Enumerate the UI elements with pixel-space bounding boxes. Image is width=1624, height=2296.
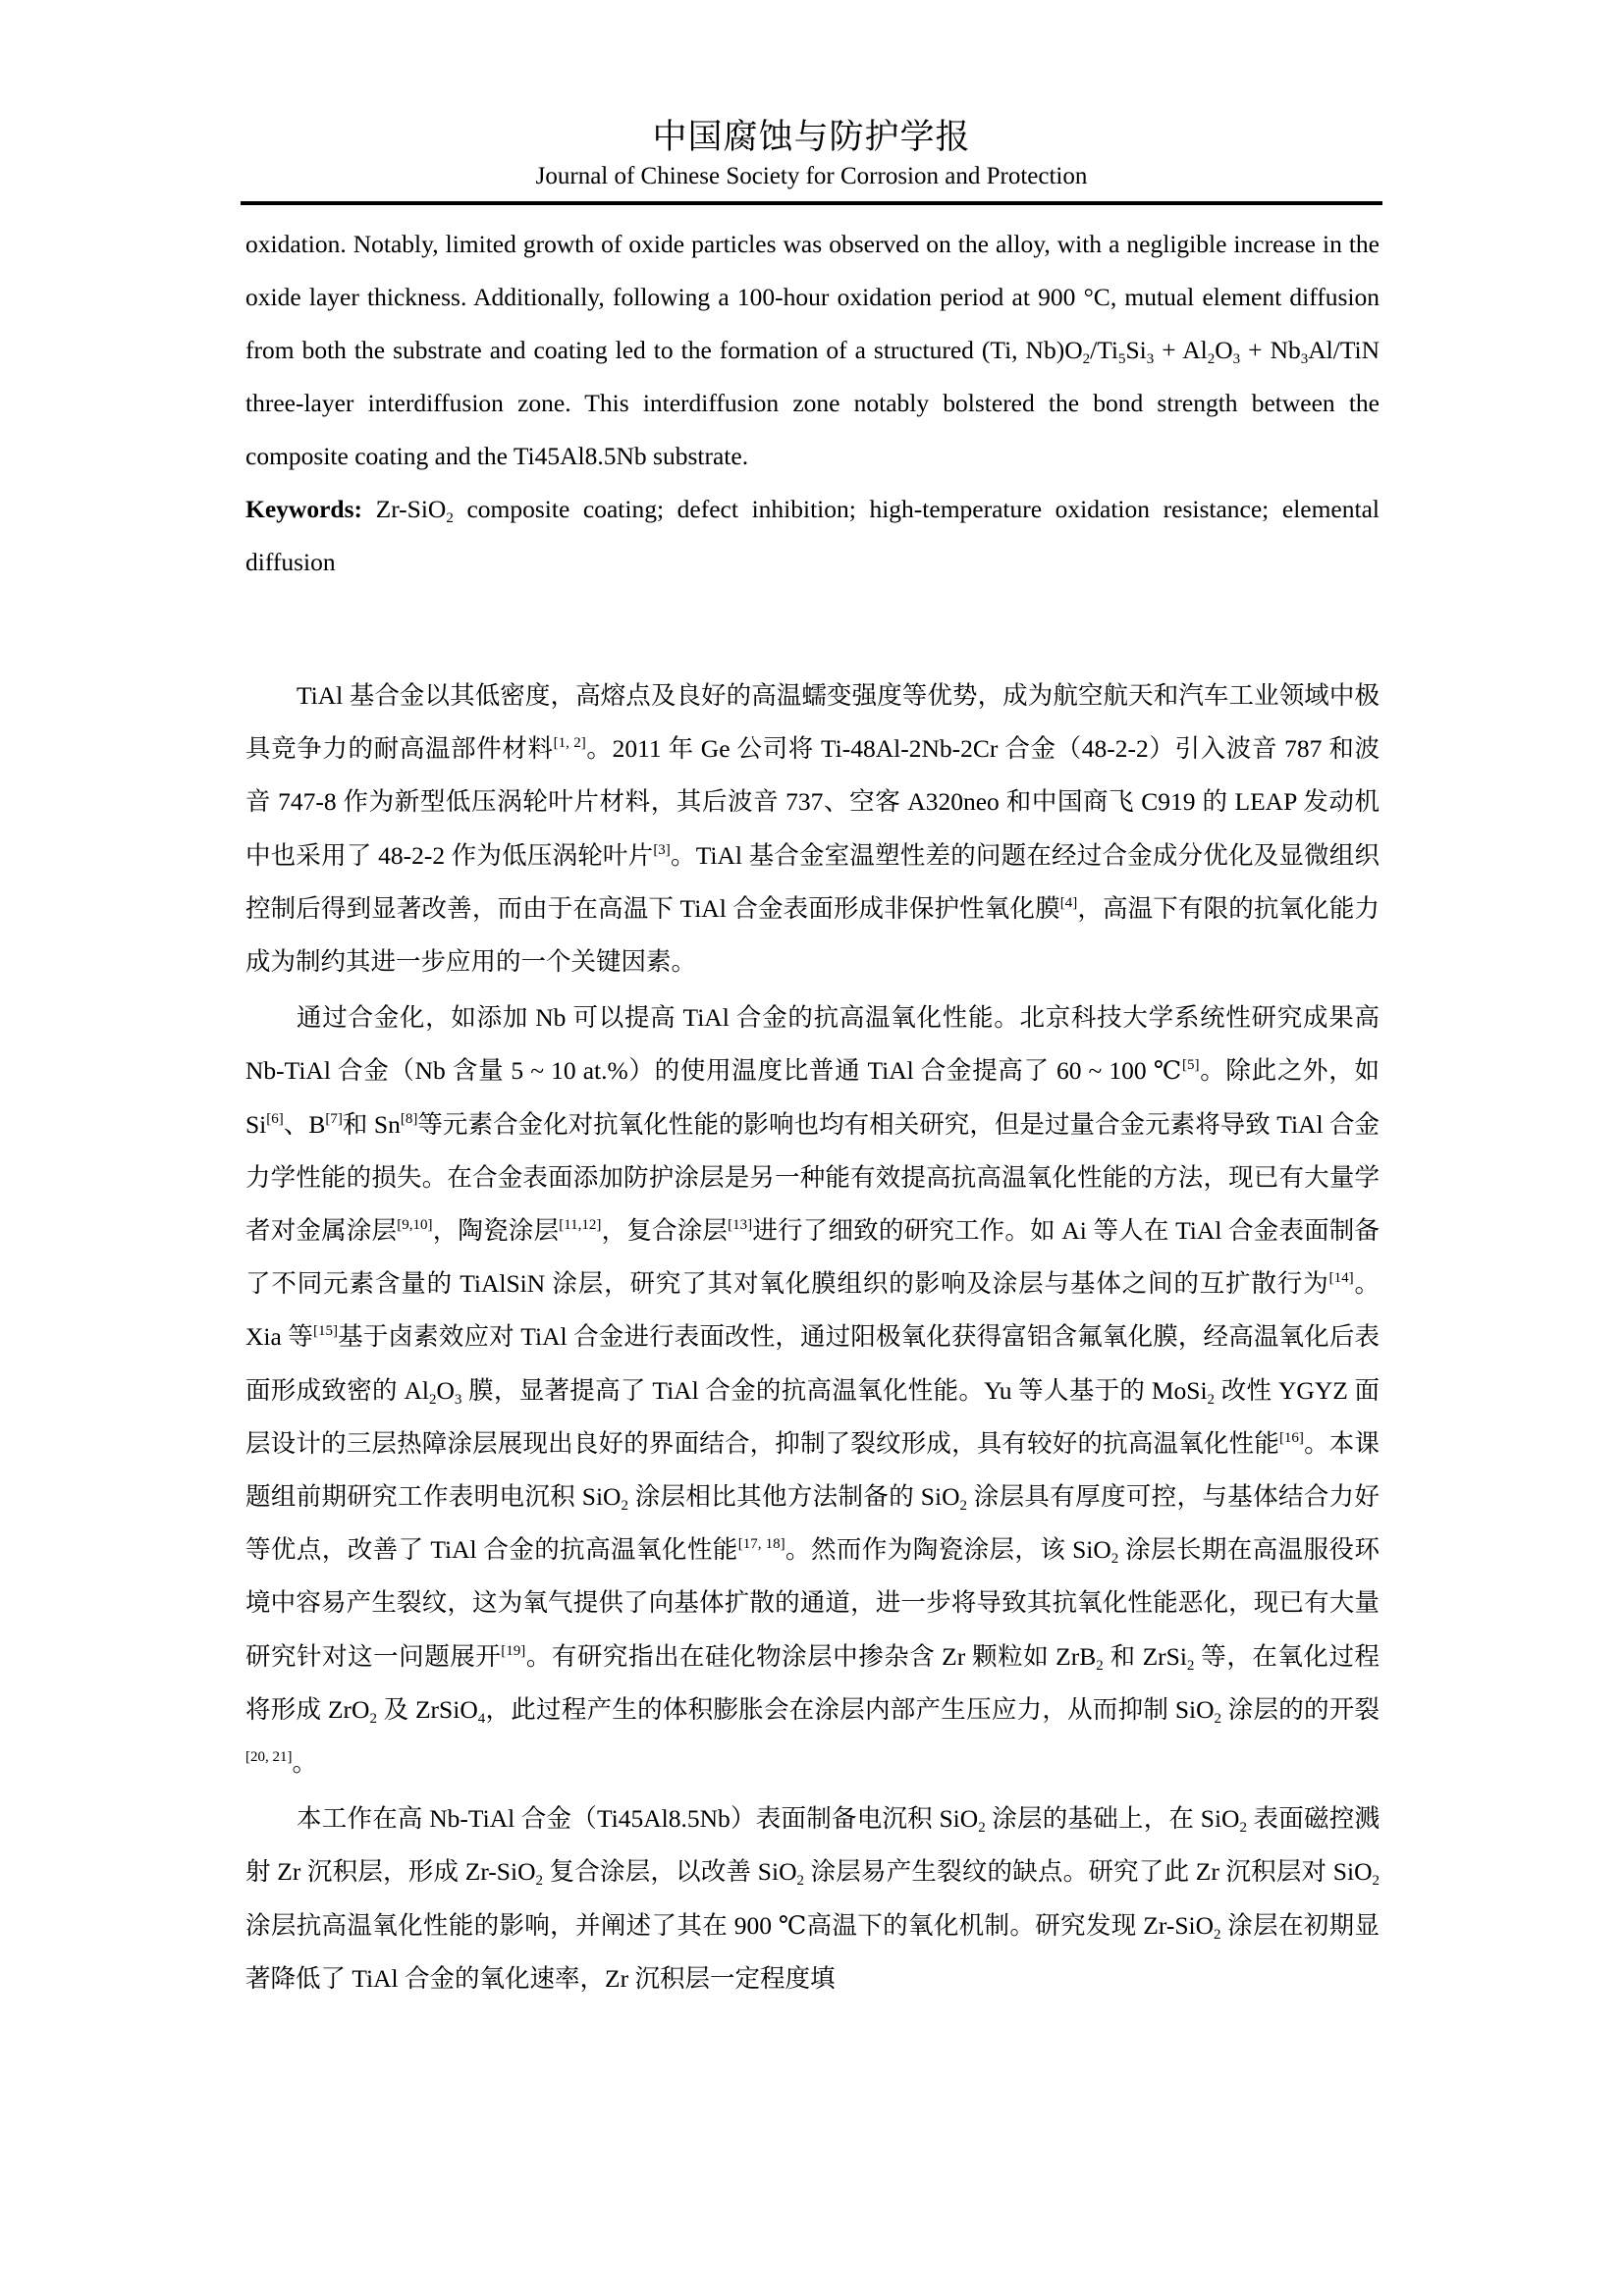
abstract-continuation: oxidation. Notably, limited growth of ox… — [245, 218, 1380, 483]
subscript: 3 — [1233, 351, 1241, 367]
citation-ref: [4] — [1060, 895, 1078, 911]
citation-ref: [14] — [1329, 1270, 1354, 1286]
citation-ref: [20, 21] — [245, 1749, 293, 1765]
subscript: 2 — [1239, 1820, 1247, 1836]
citation-ref: [17, 18] — [738, 1536, 785, 1552]
journal-title-en: Journal of Chinese Society for Corrosion… — [241, 161, 1382, 192]
subscript: 3 — [1301, 351, 1309, 367]
subscript: 2 — [536, 1873, 544, 1889]
citation-ref: [13] — [728, 1217, 752, 1233]
keywords-line: Keywords: Zr-SiO2 composite coating; def… — [245, 483, 1380, 589]
subscript: 2 — [960, 1498, 968, 1514]
subscript: 3 — [455, 1392, 462, 1408]
keywords-label: Keywords: — [245, 495, 362, 523]
subscript: 2 — [621, 1498, 628, 1514]
citation-ref: [3] — [653, 842, 671, 858]
citation-ref: [16] — [1279, 1430, 1304, 1446]
citation-ref: [6] — [266, 1111, 284, 1127]
subscript: 2 — [1215, 1711, 1222, 1727]
citation-ref: [1, 2] — [554, 735, 586, 751]
citation-ref: [9,10] — [397, 1217, 432, 1233]
subscript: 2 — [978, 1820, 986, 1836]
subscript: 2 — [429, 1392, 437, 1408]
citation-ref: [7] — [325, 1111, 343, 1127]
subscript: 2 — [1208, 1392, 1216, 1408]
citation-ref: [5] — [1182, 1057, 1200, 1073]
header-divider — [241, 201, 1382, 205]
subscript: 2 — [1083, 351, 1091, 367]
subscript: 2 — [1111, 1551, 1119, 1567]
subscript: 2 — [1096, 1658, 1104, 1674]
subscript: 2 — [369, 1711, 377, 1727]
subscript: 2 — [1208, 351, 1216, 367]
journal-header: 中国腐蚀与防护学报 Journal of Chinese Society for… — [241, 116, 1382, 192]
subscript: 2 — [1214, 1927, 1221, 1943]
subscript: 2 — [446, 510, 454, 526]
subscript: 2 — [797, 1873, 805, 1889]
intro-paragraph-2: 通过合金化，如添加 Nb 可以提高 TiAl 合金的抗高温氧化性能。北京科技大学… — [245, 991, 1380, 1789]
intro-paragraph-1: TiAl 基合金以其低密度，高熔点及良好的高温蠕变强度等优势，成为航空航天和汽车… — [245, 669, 1380, 988]
document-page: 中国腐蚀与防护学报 Journal of Chinese Society for… — [0, 0, 1624, 2296]
intro-paragraph-3: 本工作在高 Nb-TiAl 合金（Ti45Al8.5Nb）表面制备电沉积 SiO… — [245, 1792, 1380, 2005]
subscript: 3 — [1147, 351, 1155, 367]
page-body: oxidation. Notably, limited growth of ox… — [245, 218, 1380, 2005]
subscript: 5 — [1118, 351, 1126, 367]
citation-ref: [15] — [313, 1323, 338, 1339]
keywords-text: Zr-SiO2 composite coating; defect inhibi… — [245, 495, 1380, 576]
citation-ref: [8] — [401, 1111, 418, 1127]
introduction-section: TiAl 基合金以其低密度，高熔点及良好的高温蠕变强度等优势，成为航空航天和汽车… — [245, 669, 1380, 2005]
subscript: 4 — [478, 1711, 486, 1727]
subscript: 2 — [1187, 1658, 1195, 1674]
subscript: 2 — [1373, 1873, 1380, 1889]
citation-ref: [19] — [501, 1643, 525, 1659]
citation-ref: [11,12] — [559, 1217, 601, 1233]
journal-title-cn: 中国腐蚀与防护学报 — [241, 116, 1382, 159]
